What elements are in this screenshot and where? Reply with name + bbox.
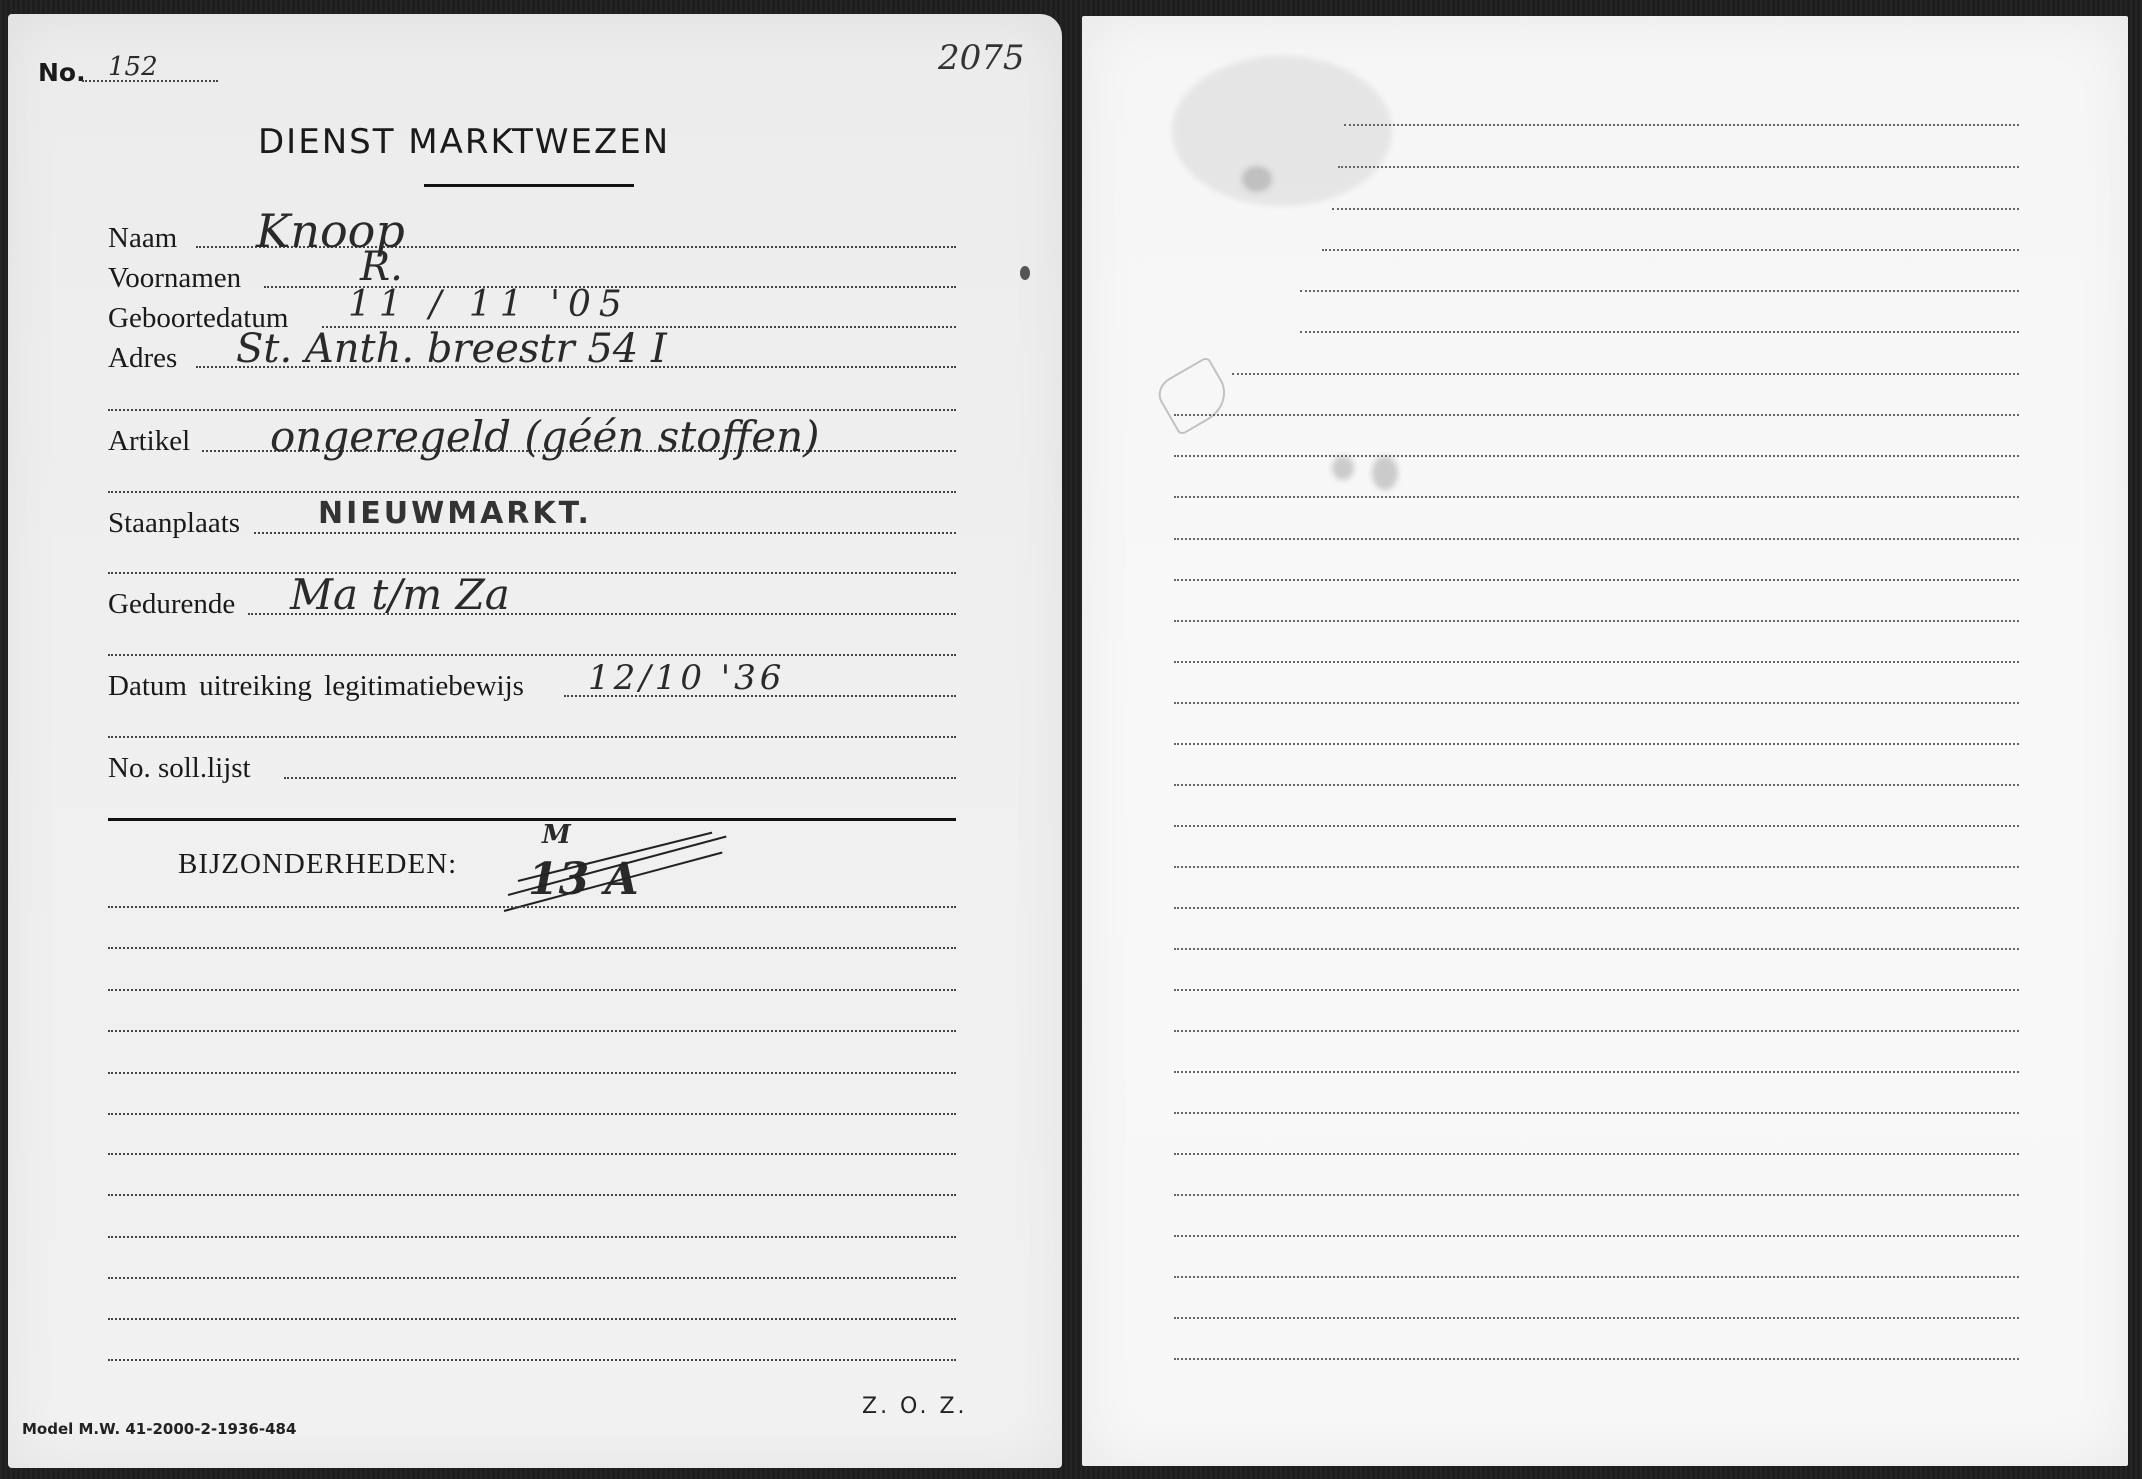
faint-triangle-mark xyxy=(1152,356,1235,436)
stain xyxy=(1242,166,1272,192)
stain xyxy=(1172,56,1392,206)
field-label-soll-lijst: No. soll.lijst xyxy=(108,754,251,783)
stain xyxy=(1332,456,1354,480)
field-line-soll-lijst xyxy=(284,777,956,779)
field-label-naam: Naam xyxy=(108,224,177,253)
registration-card-back xyxy=(1082,16,2128,1466)
section-divider xyxy=(108,818,956,821)
remarks-label: BIJZONDERHEDEN: xyxy=(178,848,457,881)
field-line-blank xyxy=(108,654,956,656)
field-line-blank xyxy=(108,572,956,574)
zoz-marker: Z. O. Z. xyxy=(862,1394,968,1419)
field-label-adres: Adres xyxy=(108,344,177,373)
field-label-gedurende: Gedurende xyxy=(108,590,235,619)
remarks-mark: M xyxy=(542,820,571,850)
registration-card-front: No. 152 2075 DIENST MARKTWEZEN Naam Knoo… xyxy=(8,14,1062,1468)
field-line-blank xyxy=(108,409,956,411)
punch-mark xyxy=(1020,266,1030,280)
field-label-staanplaats: Staanplaats xyxy=(108,509,240,538)
model-number: Model M.W. 41-2000-2-1936-484 xyxy=(22,1420,296,1438)
field-value-artikel: ongeregeld (géén stoffen) xyxy=(270,412,820,461)
field-line-staanplaats xyxy=(254,532,956,534)
field-value-gedurende: Ma t/m Za xyxy=(290,570,510,619)
field-label-artikel: Artikel xyxy=(108,427,190,456)
card-number-label: No. xyxy=(38,58,86,87)
field-line-blank xyxy=(108,736,956,738)
field-label-datum-uitreiking: Datum uitreiking legitimatiebewijs xyxy=(108,672,524,701)
stain xyxy=(1372,456,1398,490)
card-number-value: 152 xyxy=(108,52,158,82)
field-value-geboortedatum: 11 / 11 '05 xyxy=(348,284,630,325)
field-value-datum-uitreiking: 12/10 '36 xyxy=(588,658,785,698)
field-label-voornamen: Voornamen xyxy=(108,264,241,293)
title-underline xyxy=(424,184,634,187)
field-line-blank xyxy=(108,491,956,493)
field-value-adres: St. Anth. breestr 54 I xyxy=(236,326,667,372)
archive-number: 2075 xyxy=(938,38,1025,78)
staanplaats-stamp: NIEUWMARKT. xyxy=(318,496,592,531)
page-title: DIENST MARKTWEZEN xyxy=(258,122,670,162)
